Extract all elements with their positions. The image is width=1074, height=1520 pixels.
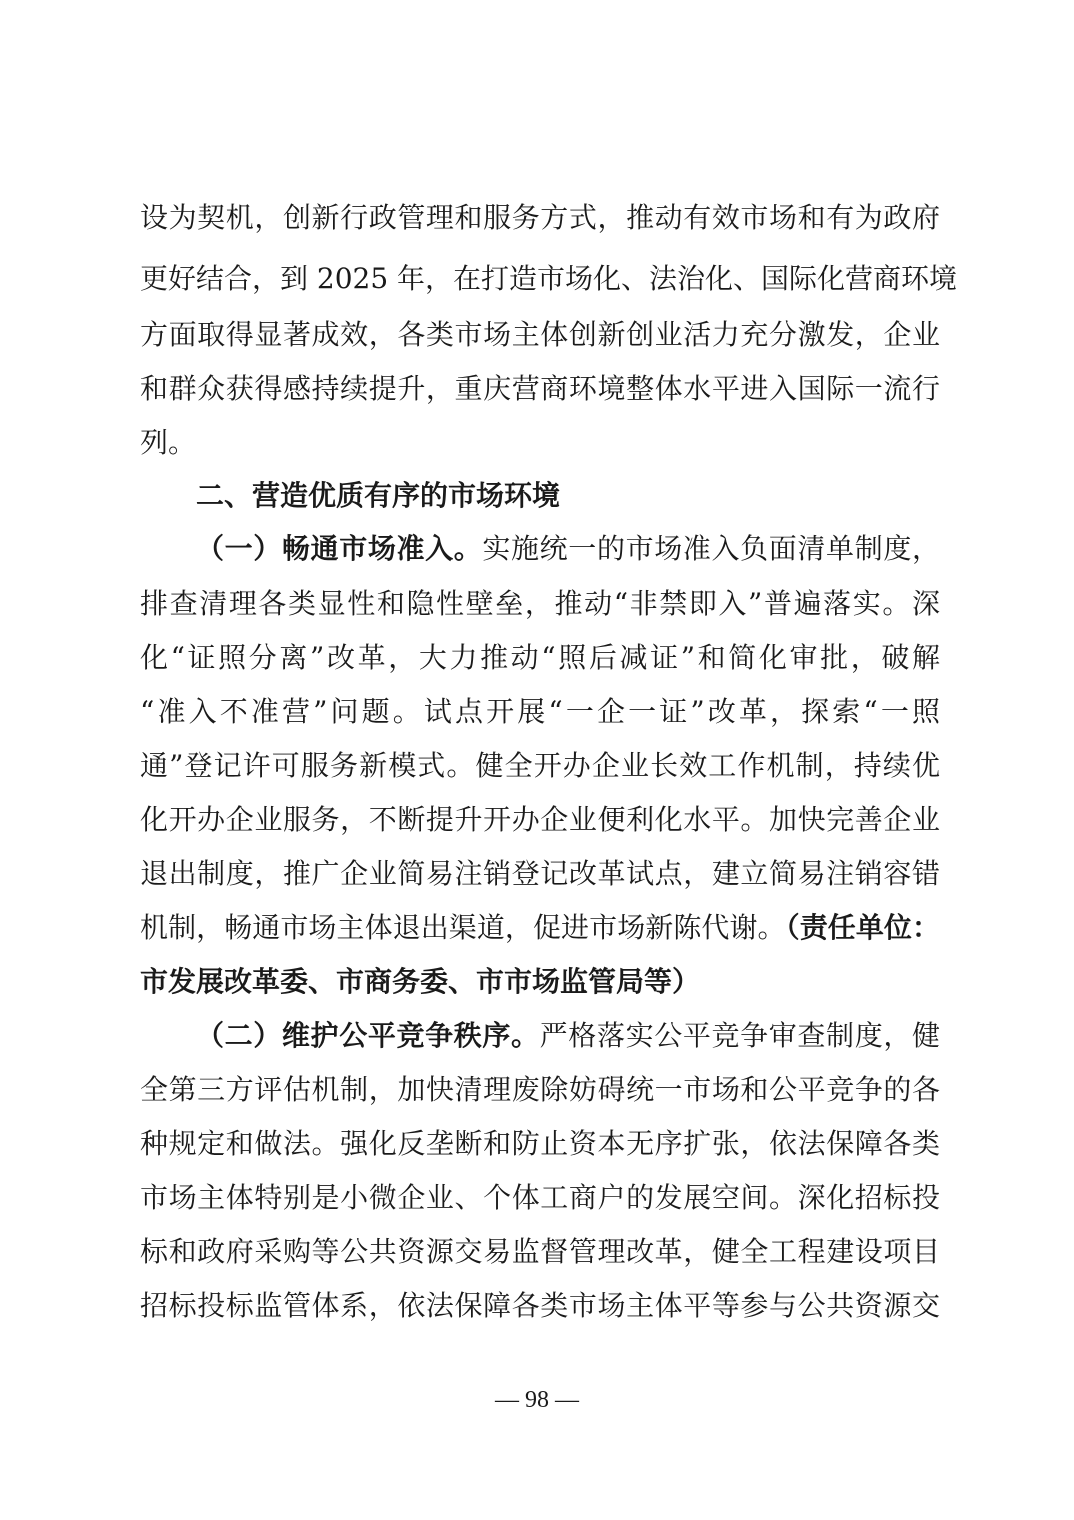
body-text-line: 设为契机，创新行政管理和服务方式，推动有效市场和有为政府	[140, 198, 940, 238]
body-text-line: 更好结合，到 2025 年，在打造市场化、法治化、国际化营商环境	[140, 259, 940, 299]
body-text-line: “准入不准营”问题。试点开展“一企一证”改革，探索“一照	[140, 692, 940, 732]
document-page: 设为契机，创新行政管理和服务方式，推动有效市场和有为政府 更好结合，到 2025…	[0, 0, 1074, 1520]
responsibility-label: （责任单位：	[786, 911, 940, 944]
body-text-line: 化“证照分离”改革，大力推动“照后减证”和简化审批，破解	[140, 638, 940, 678]
body-text-line: 化开办企业服务，不断提升开办企业便利化水平。加快完善企业	[140, 800, 940, 840]
body-text-line: 全第三方评估机制，加快清理废除妨碍统一市场和公平竞争的各	[140, 1070, 940, 1110]
body-text-line: 和群众获得感持续提升，重庆营商环境整体水平进入国际一流行	[140, 369, 940, 409]
body-text-line: 市场主体特别是小微企业、个体工商户的发展空间。深化招标投	[140, 1178, 940, 1218]
item-1-text: 实施统一的市场准入负面清单制度，	[482, 532, 940, 565]
body-text-line: 方面取得显著成效，各类市场主体创新创业活力充分激发，企业	[140, 315, 940, 355]
page-number: — 98 —	[0, 1385, 1074, 1415]
item-1-first-line: （一）畅通市场准入。实施统一的市场准入负面清单制度，	[196, 529, 940, 569]
responsibility-units: 市发展改革委、市商务委、市市场监管局等）	[140, 962, 940, 1002]
body-text-line: 机制，畅通市场主体退出渠道，促进市场新陈代谢。（责任单位：	[140, 908, 940, 948]
body-text-line: 排查清理各类显性和隐性壁垒，推动“非禁即入”普遍落实。深	[140, 584, 940, 624]
body-text-line: 标和政府采购等公共资源交易监督管理改革，健全工程建设项目	[140, 1232, 940, 1272]
section-heading: 二、营造优质有序的市场环境	[196, 476, 560, 516]
body-text-line: 通”登记许可服务新模式。健全开办企业长效工作机制，持续优	[140, 746, 940, 786]
item-2-text: 严格落实公平竞争审查制度，健	[540, 1019, 940, 1052]
body-text-line: 列。	[140, 423, 940, 463]
body-text-line: 种规定和做法。强化反垄断和防止资本无序扩张，依法保障各类	[140, 1124, 940, 1164]
item-2-first-line: （二）维护公平竞争秩序。严格落实公平竞争审查制度，健	[196, 1016, 940, 1056]
item-1-title: （一）畅通市场准入。	[196, 532, 482, 565]
item-2-title: （二）维护公平竞争秩序。	[196, 1019, 540, 1052]
body-text-line: 招标投标监管体系，依法保障各类市场主体平等参与公共资源交	[140, 1286, 940, 1326]
body-text-line: 退出制度，推广企业简易注销登记改革试点，建立简易注销容错	[140, 854, 940, 894]
item-1-text: 机制，畅通市场主体退出渠道，促进市场新陈代谢。	[140, 911, 786, 944]
